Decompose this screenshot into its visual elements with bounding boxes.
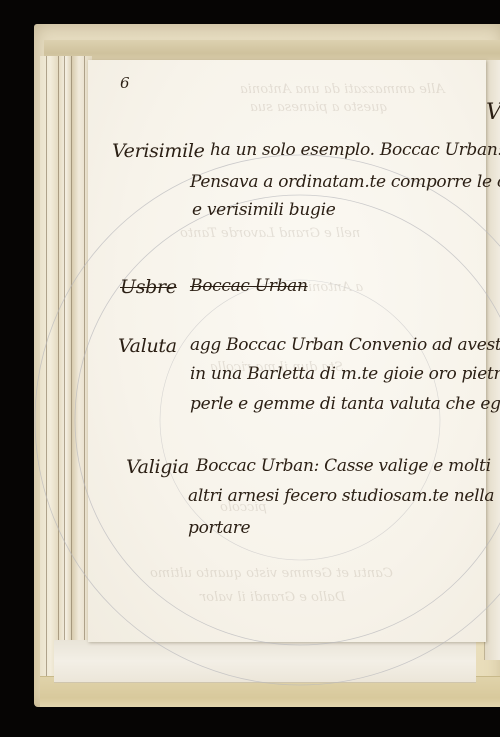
facing-page-fragment: V (486, 100, 500, 125)
bleed-through-text: a Antonio (300, 280, 363, 295)
bleed-through-text: questo a pianesa sua (250, 100, 388, 115)
entry-line: perle e gemme di tanta valuta che egl (190, 394, 500, 414)
entry-line: e verisimili bugie (192, 200, 336, 220)
entry-line: in una Barletta di m.te gioie oro pietre (190, 364, 500, 384)
bleed-through-text: Cantu et Gemme visto quanto ultimo (150, 566, 393, 581)
entry-line: agg Boccac Urban Convenio ad avestare (190, 335, 500, 355)
underlying-leaf (54, 640, 476, 683)
bleed-through-text: Dallo e Grandi il valor (200, 590, 345, 605)
bleed-through-text: Alle ammazzati da una Antonia (240, 82, 445, 97)
headword-valigia: Valigia (126, 456, 189, 478)
entry-line: portare (188, 518, 250, 538)
entry-line-struck: Boccac Urban (190, 276, 308, 296)
headword-valuta: Valuta (118, 335, 177, 357)
entry-line: altri arnesi fecero studiosam.te nella n… (188, 486, 500, 506)
page-number: 6 (120, 74, 129, 92)
bleed-through-text: nell e Grand Lavorde Tanto (180, 226, 360, 241)
entry-line: ha un solo esemplo. Boccac Urban: (210, 140, 500, 160)
headword-verisimile: Verisimile (112, 140, 205, 162)
headword-usbre-struck: Usbre (120, 276, 177, 298)
entry-line: Pensava a ordinatam.te comporre le color… (190, 172, 500, 192)
stacked-leaves-left (40, 56, 92, 676)
entry-line: Boccac Urban: Casse valige e molti (196, 456, 491, 476)
